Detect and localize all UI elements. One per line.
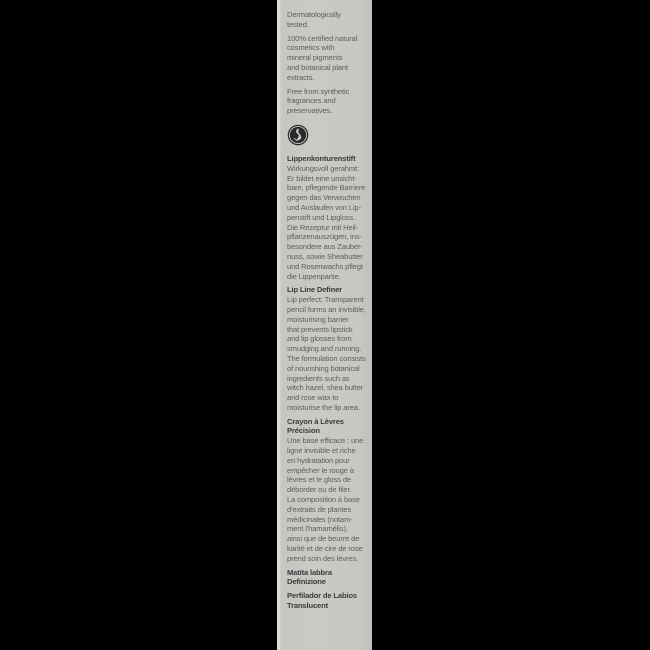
section-title: Matita labbra Definizione — [287, 568, 370, 588]
section-italian: Matita labbra Definizione — [287, 568, 370, 588]
claim-certified-natural: 100% certified natural cosmetics with mi… — [287, 34, 370, 83]
panel-text-content: Dermatologically tested. 100% certified … — [287, 10, 370, 615]
section-body: Lip perfect: Transparent pencil forms an… — [287, 295, 370, 413]
product-box-side-panel: Dermatologically tested. 100% certified … — [277, 0, 372, 650]
section-french: Crayon à Lèvres Précision Une base effic… — [287, 417, 370, 564]
natural-cosmetics-seal-icon — [287, 124, 309, 146]
box-fold-edge — [277, 0, 280, 650]
section-title: Crayon à Lèvres Précision — [287, 417, 370, 437]
section-title: Lip Line Definer — [287, 285, 370, 295]
section-title: Lippenkonturenstift — [287, 154, 370, 164]
section-body: Wirkungsvoll gerahmt: Er bildet eine uns… — [287, 164, 370, 282]
section-english: Lip Line Definer Lip perfect: Transparen… — [287, 285, 370, 412]
section-body: Une base efficace : une ligne invisible … — [287, 436, 370, 563]
section-title: Perfilador de Labios Translucent — [287, 591, 370, 611]
claim-free-from-synthetics: Free from synthetic fragrances and prese… — [287, 87, 370, 116]
section-german: Lippenkonturenstift Wirkungsvoll gerahmt… — [287, 154, 370, 281]
section-spanish: Perfilador de Labios Translucent — [287, 591, 370, 611]
claim-dermatologically-tested: Dermatologically tested. — [287, 10, 370, 30]
